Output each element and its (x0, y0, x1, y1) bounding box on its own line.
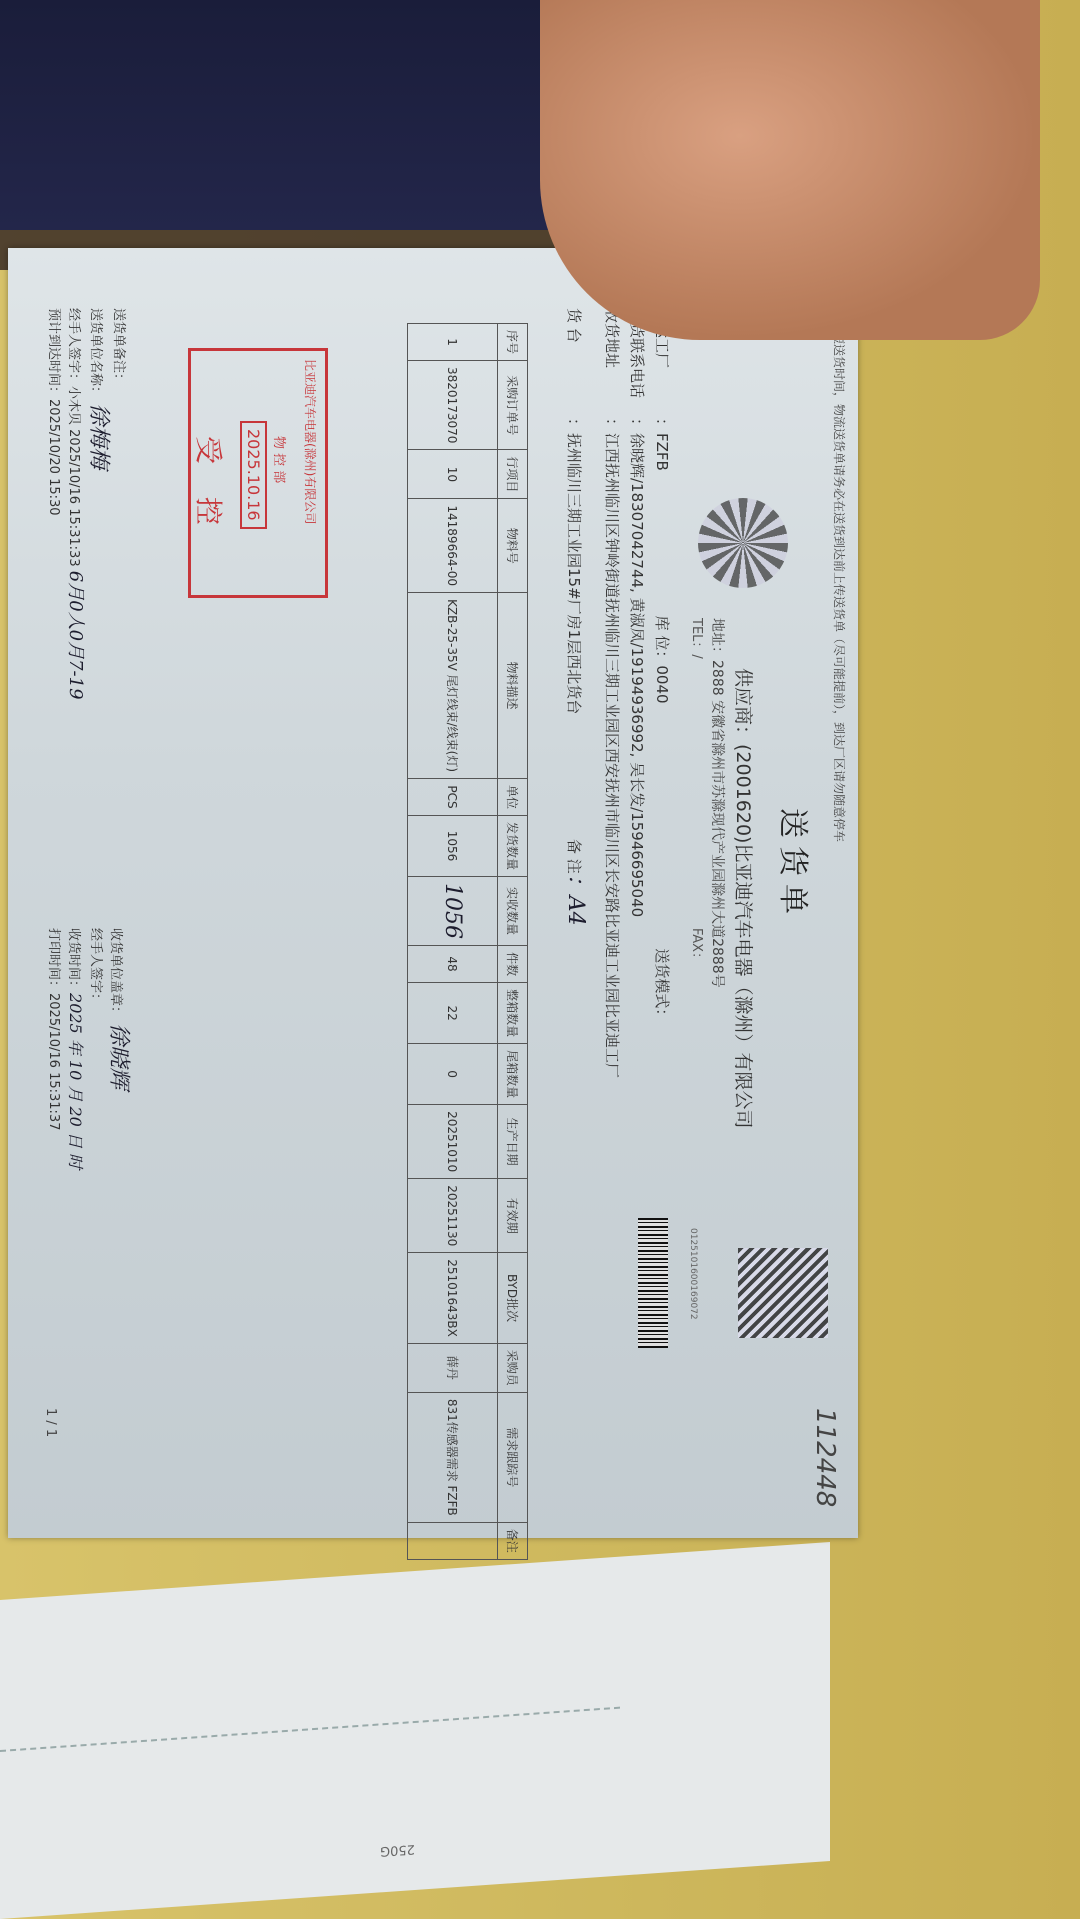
table-header-cell: 物料描述 (498, 593, 528, 779)
table-header-cell: 件数 (498, 946, 528, 983)
table-cell: 14189664-00 (408, 499, 498, 593)
table-header-cell: 整箱数量 (498, 983, 528, 1044)
barcode-icon (638, 1218, 668, 1348)
table-cell: KZB-25-35V 尾灯线束/线束(灯) (408, 593, 498, 779)
field-contact: 收货联系电话：徐晓辉/18307042744, 黄淑凤/19194936992,… (627, 308, 648, 917)
table-header-cell: 行项目 (498, 450, 528, 499)
table-cell: 1056 (408, 877, 498, 946)
table-cell: 20251130 (408, 1179, 498, 1253)
table-header: 序号采购订单号行项目物料号物料描述单位发货数量实收数量件数整箱数量尾箱数量生产日… (498, 324, 528, 1560)
table-header-cell: 物料号 (498, 499, 528, 593)
table-cell: 20251010 (408, 1105, 498, 1179)
table-header-cell: 发货数量 (498, 816, 528, 877)
barcode-number: 0125101600169072 (688, 1228, 698, 1320)
supplier-tel: TEL：/ (689, 618, 708, 659)
table-header-cell: 备注 (498, 1522, 528, 1559)
supplier-name: 供应商：(2001620)比亚迪汽车电器（滁州）有限公司 (731, 668, 758, 1128)
underlying-sheet-label: 250G (380, 1841, 415, 1858)
table-header-cell: 采购员 (498, 1343, 528, 1392)
table-cell: PCS (408, 779, 498, 816)
table-header-cell: 序号 (498, 324, 528, 361)
table-header-cell: 采购订单号 (498, 361, 528, 450)
table-header-cell: 尾箱数量 (498, 1044, 528, 1105)
document-title: 送货单 (774, 808, 818, 922)
dashed-line (0, 1707, 620, 1752)
qr-code-icon (698, 498, 788, 588)
table-cell: 薛丹 (408, 1343, 498, 1392)
hand (540, 0, 1040, 340)
sender-signature-block: 送货单备注： 送货单位名称： 徐梅梅 经手人签字：小木贝 2025/10/16 … (43, 308, 128, 700)
table-cell: 22 (408, 983, 498, 1044)
notice-text: 为缩短送货时间，物流送货单请务必在送货到达前上传送货单（尽可能提前），到达厂区请… (831, 308, 848, 842)
table-cell: 25101643BX (408, 1253, 498, 1344)
table-cell: 1 (408, 324, 498, 361)
table-cell: 831传感器需求 FZFB (408, 1392, 498, 1522)
delivery-note-paper: 为缩短送货时间，物流送货单请务必在送货到达前上传送货单（尽可能提前），到达厂区请… (8, 248, 858, 1538)
qr-code-icon (738, 1248, 828, 1338)
table-cell: 0 (408, 1044, 498, 1105)
table-header-cell: 需求跟踪号 (498, 1392, 528, 1522)
goods-table: 序号采购订单号行项目物料号物料描述单位发货数量实收数量件数整箱数量尾箱数量生产日… (407, 323, 528, 1560)
table-header-cell: BYD批次 (498, 1253, 528, 1344)
table-cell: 3820173070 (408, 361, 498, 450)
table-header-cell: 生产日期 (498, 1105, 528, 1179)
delivery-note-content: 为缩短送货时间，物流送货单请务必在送货到达前上传送货单（尽可能提前），到达厂区请… (8, 248, 858, 1538)
table-header-cell: 单位 (498, 779, 528, 816)
supplier-address: 地址：2888 安徽省滁州市苏滁现代产业园滁州大道2888号 (708, 618, 728, 988)
receiver-signature-block: 收货单位盖章： 徐晓辉 经手人签字： 收货时间：2025 年 10 月 20 日… (43, 928, 128, 1169)
page-number: 1 / 1 (43, 1408, 58, 1437)
field-address: 收货地址：江西抚州临川区钟岭街道抚州临川三期工业园区西安抚州市临川区长安路比亚迪… (602, 308, 623, 1078)
field-dock: 货 台：抚州临川三期工业园15#厂房1层西北货台 备 注：A4 (562, 308, 593, 926)
table-body: 138201730701014189664-00KZB-25-35V 尾灯线束/… (408, 324, 498, 1560)
control-stamp: 比亚迪汽车电器(滁州)有限公司 物 控 部 2025.10.16 受 控 (188, 348, 328, 598)
table-cell (408, 1522, 498, 1559)
table-header-cell: 实收数量 (498, 877, 528, 946)
table-header-cell: 有效期 (498, 1179, 528, 1253)
underlying-sheet: 250G (0, 1542, 830, 1919)
table-cell: 10 (408, 450, 498, 499)
table-row: 138201730701014189664-00KZB-25-35V 尾灯线束/… (408, 324, 498, 1560)
supplier-fax: FAX： (689, 928, 708, 965)
handwritten-number: 112448 (810, 1408, 840, 1507)
field-plant: 送达工厂：FZFB 库 位：0040 送货模式： (652, 308, 673, 1023)
table-cell: 1056 (408, 816, 498, 877)
table-cell: 48 (408, 946, 498, 983)
